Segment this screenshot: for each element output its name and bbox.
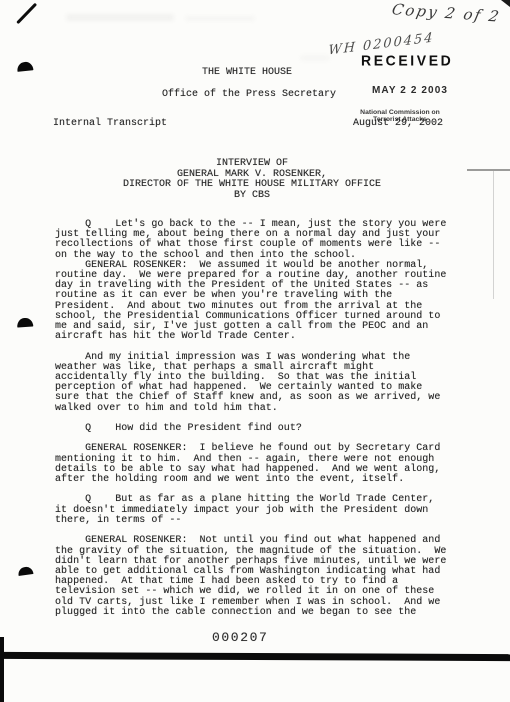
scan-left-edge xyxy=(0,637,4,702)
transcript-body: Q Let's go back to the -- I mean, just t… xyxy=(55,220,446,618)
bates-number: 000207 xyxy=(212,633,268,643)
margin-mark xyxy=(18,566,34,576)
margin-mark xyxy=(17,317,34,327)
handwritten-slash-mark xyxy=(16,3,37,24)
document-date: August 29, 2002 xyxy=(353,119,443,129)
letterhead-office: Office of the Press Secretary xyxy=(162,90,336,100)
scan-edge-line xyxy=(467,169,510,171)
received-stamp: RECEIVED xyxy=(361,51,453,68)
scan-edge-line xyxy=(493,171,494,299)
scan-corner-artifact xyxy=(501,0,510,7)
letterhead-org: THE WHITE HOUSE xyxy=(202,68,292,78)
scanned-transcript-page: Copy 2 of 2 WH 0200454 RECEIVED MAY 2 2 … xyxy=(0,0,510,702)
scan-smudge xyxy=(300,55,330,61)
scan-smudge xyxy=(66,14,174,21)
scan-smudge xyxy=(185,16,255,21)
received-date-stamp: MAY 2 2 2003 xyxy=(372,85,448,96)
document-type-label: Internal Transcript xyxy=(53,119,167,129)
commission-stamp-line1: National Commission on xyxy=(351,109,449,116)
handwritten-copy-note: Copy 2 of 2 xyxy=(390,0,502,25)
scan-bottom-edge xyxy=(0,652,510,661)
interview-title: INTERVIEW OF GENERAL MARK V. ROSENKER, D… xyxy=(52,159,452,201)
margin-mark xyxy=(17,61,34,72)
